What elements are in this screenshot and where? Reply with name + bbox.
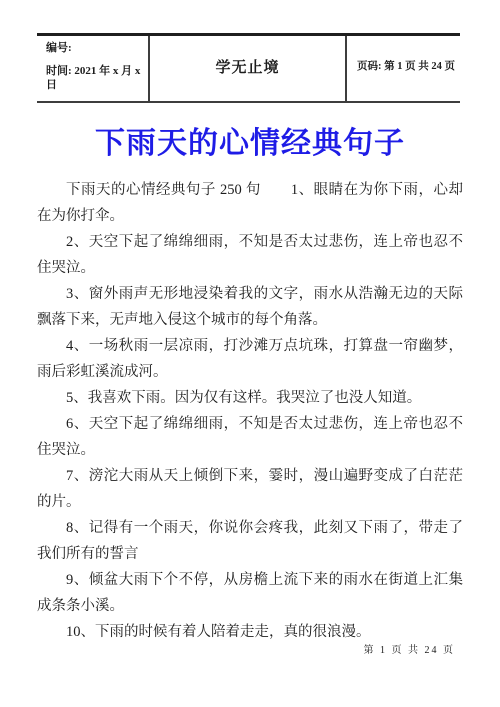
paragraph: 2、天空下起了绵绵细雨，不知是否太过悲伤，连上帝也忍不住哭泣。 [37,229,463,281]
page-footer: 第 1 页 共 24 页 [364,641,456,656]
header-motto: 学无止境 [215,56,279,77]
paragraph: 9、倾盆大雨下个不停，从房檐上流下来的雨水在街道上汇集成条条小溪。 [37,567,463,619]
paragraph: 3、窗外雨声无形地浸染着我的文字，雨水从浩瀚无边的天际飘落下来，无声地入侵这个城… [37,281,463,333]
document-page: 编号: 时间: 2021 年 x 月 x 日 学无止境 页码: 第 1 页 共 … [0,0,500,707]
doc-number-label: 编号: [46,41,144,55]
header-page-label: 页码: 第 1 页 共 24 页 [357,58,455,73]
header-cell-center: 学无止境 [148,36,345,101]
paragraph: 6、天空下起了绵绵细雨，不知是否太过悲伤，连上帝也忍不住哭泣。 [37,411,463,463]
paragraph: 4、一场秋雨一层凉雨，打沙滩万点坑珠，打算盘一帘幽梦，雨后彩虹溪流成河。 [37,333,463,385]
paragraph: 5、我喜欢下雨。因为仅有这样。我哭泣了也没人知道。 [37,385,463,411]
document-body: 下雨天的心情经典句子 250 句 1、眼睛在为你下雨，心却在为你打伞。2、天空下… [37,177,463,645]
paragraph: 7、滂沱大雨从天上倾倒下来，霎时，漫山遍野变成了白茫茫的片。 [37,463,463,515]
paragraph: 下雨天的心情经典句子 250 句 1、眼睛在为你下雨，心却在为你打伞。 [37,177,463,229]
doc-time-label: 时间: 2021 年 x 月 x 日 [46,64,144,92]
paragraph: 8、记得有一个雨天，你说你会疼我，此刻又下雨了，带走了我们所有的誓言 [37,515,463,567]
header-cell-right: 页码: 第 1 页 共 24 页 [345,36,460,101]
header-cell-left: 编号: 时间: 2021 年 x 月 x 日 [37,36,148,101]
page-title: 下雨天的心情经典句子 [0,118,500,162]
header-table: 编号: 时间: 2021 年 x 月 x 日 学无止境 页码: 第 1 页 共 … [37,33,460,103]
